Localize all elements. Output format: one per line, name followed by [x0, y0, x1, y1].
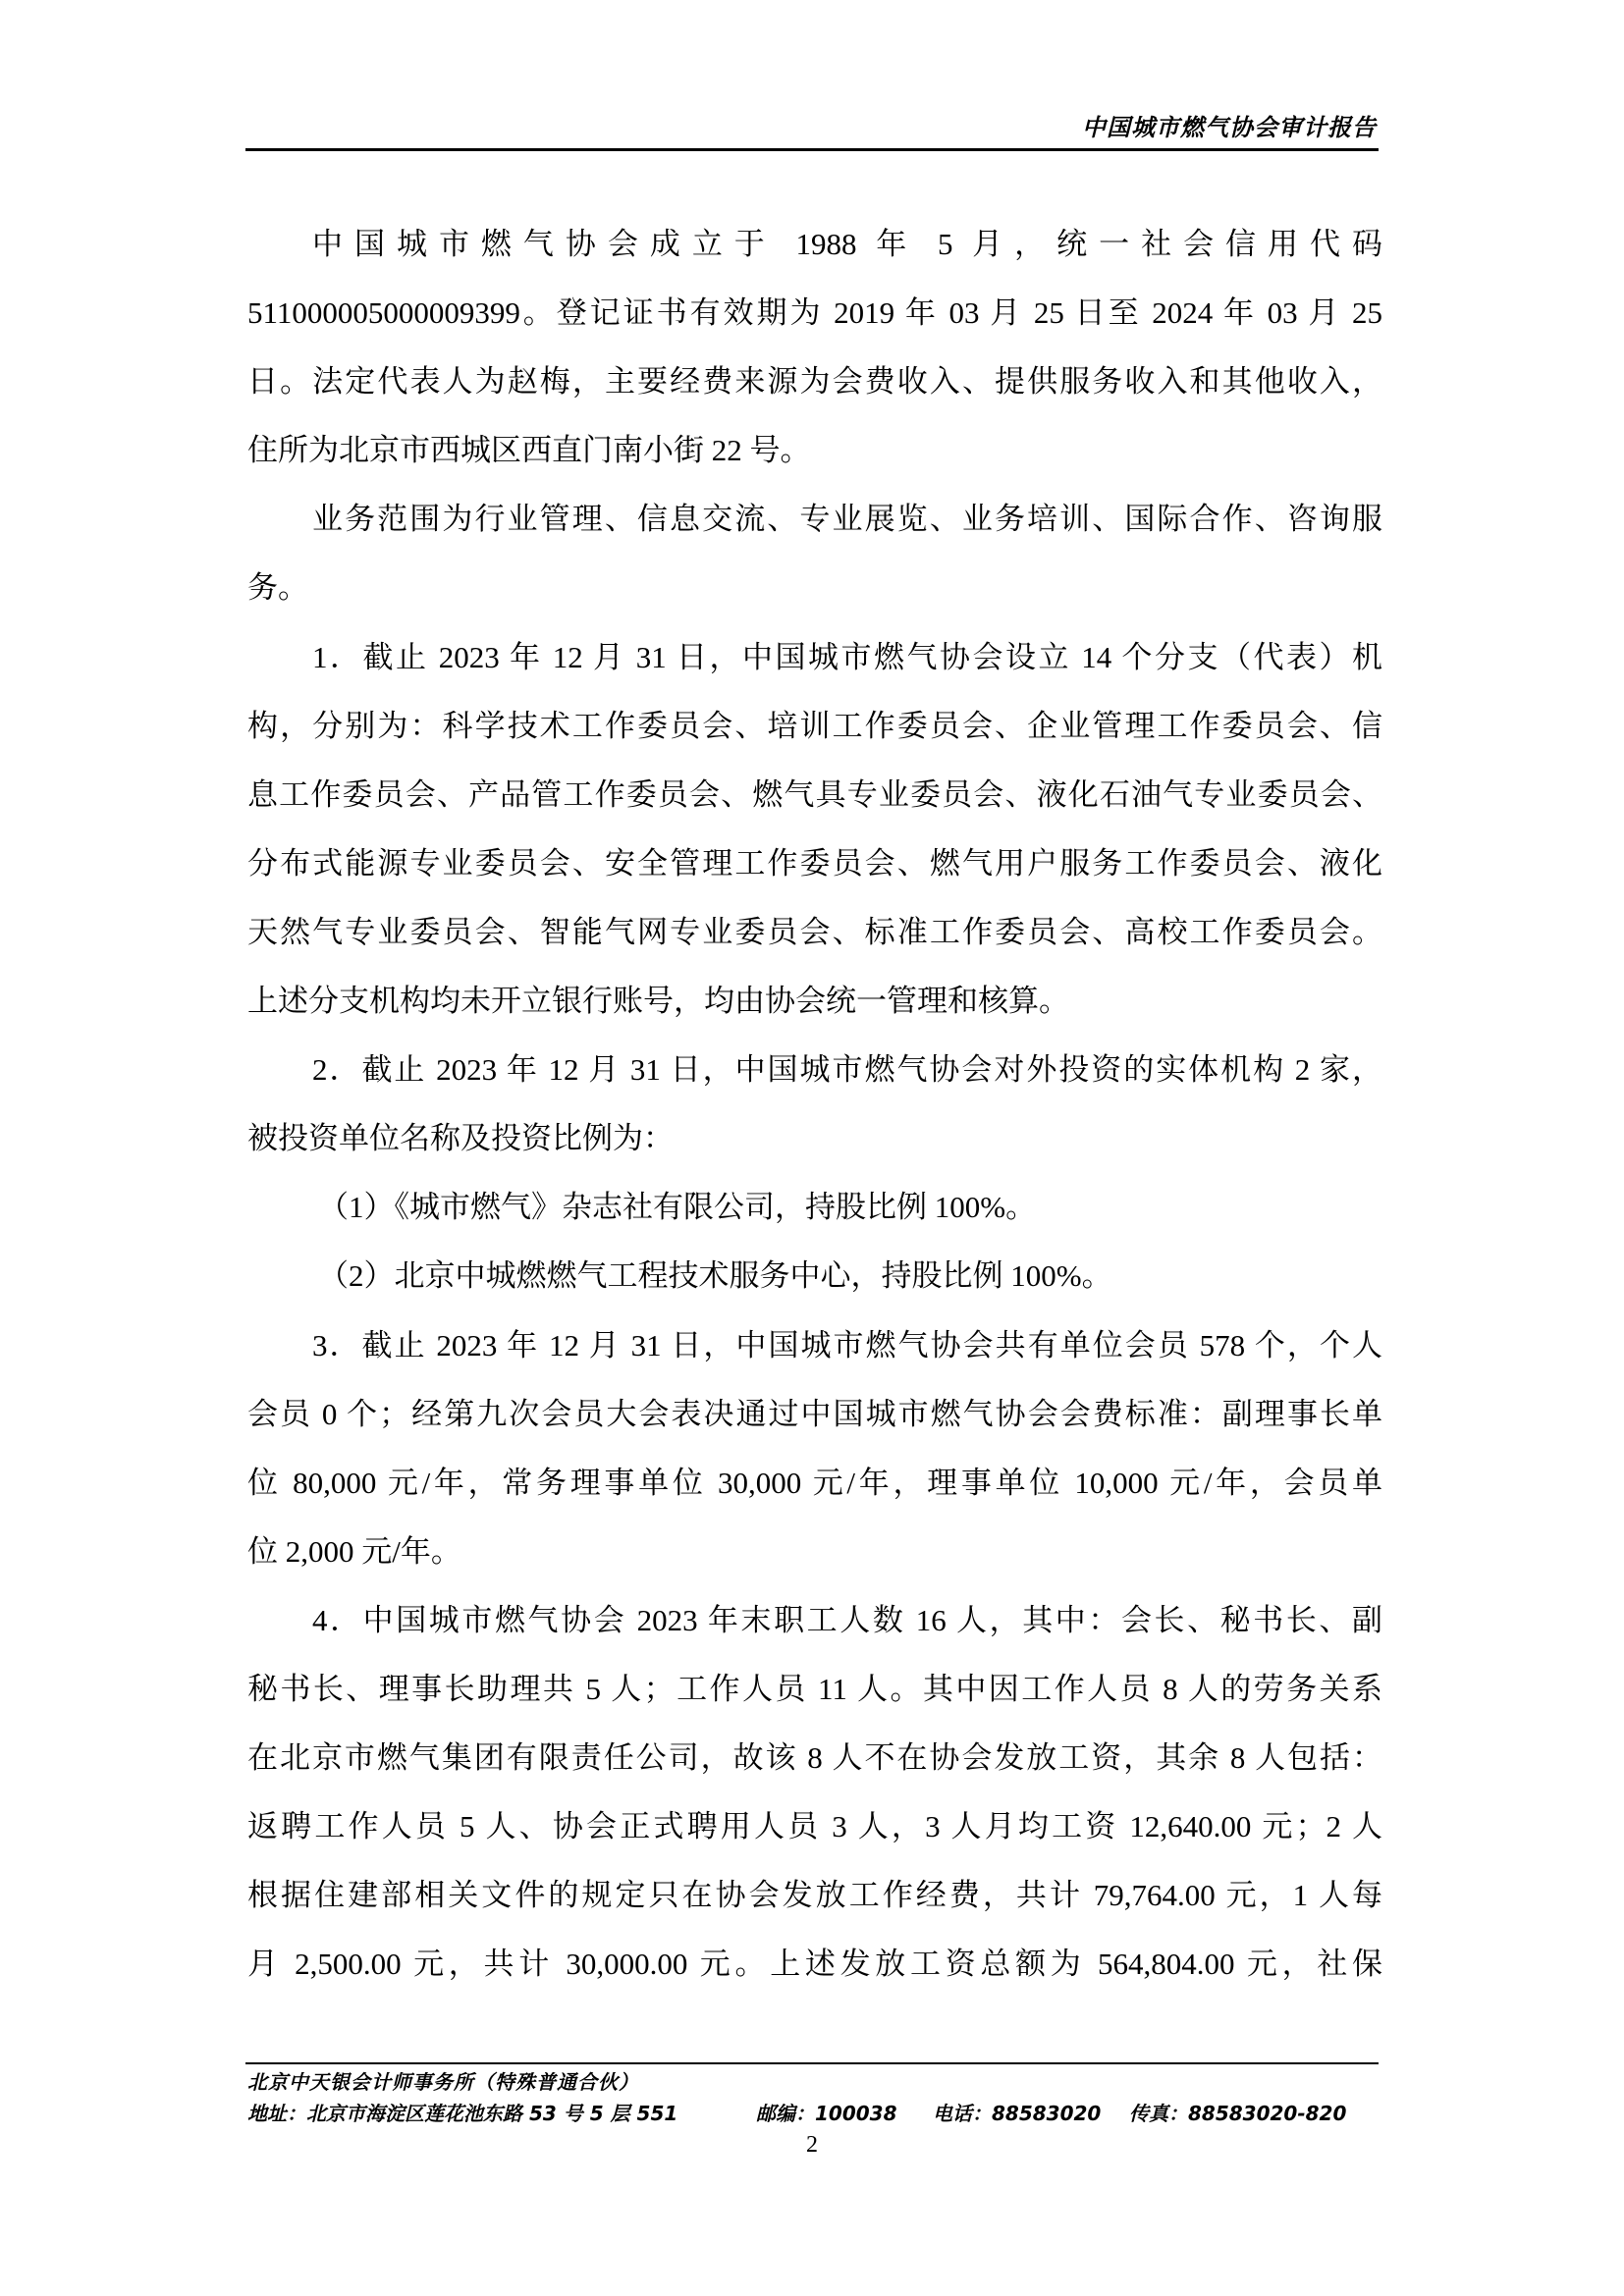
body-line: 511000005000009399。登记证书有效期为 2019 年 03 月 …: [247, 279, 1382, 347]
body-line: 2．截止 2023 年 12 月 31 日，中国城市燃气协会对外投资的实体机构 …: [247, 1036, 1382, 1104]
body-line: 中国城市燃气协会成立于 1988 年 5 月，统一社会信用代码: [247, 210, 1382, 279]
body-line: 位 80,000 元/年，常务理事单位 30,000 元/年，理事单位 10,0…: [247, 1449, 1382, 1518]
body-line: 业务范围为行业管理、信息交流、专业展览、业务培训、国际合作、咨询服: [247, 485, 1382, 554]
body-line: 4．中国城市燃气协会 2023 年末职工人数 16 人，其中：会长、秘书长、副: [247, 1586, 1382, 1655]
footer-phone: 电话：88583020: [933, 2101, 1101, 2126]
body-line: 秘书长、理事长助理共 5 人；工作人员 11 人。其中因工作人员 8 人的劳务关…: [247, 1655, 1382, 1724]
footer-fax: 传真：88583020-820: [1129, 2101, 1346, 2126]
body-line: 日。法定代表人为赵梅，主要经费来源为会费收入、提供服务收入和其他收入，: [247, 347, 1382, 416]
body-line: 1．截止 2023 年 12 月 31 日，中国城市燃气协会设立 14 个分支（…: [247, 623, 1382, 692]
footer-postcode: 邮编：100038: [756, 2101, 897, 2126]
body-line: 住所为北京市西城区西直门南小街 22 号。: [247, 416, 1382, 485]
body-line: 根据住建部相关文件的规定只在协会发放工作经费，共计 79,764.00 元，1 …: [247, 1861, 1382, 1930]
body-line: 分布式能源专业委员会、安全管理工作委员会、燃气用户服务工作委员会、液化: [247, 829, 1382, 898]
body-line: 天然气专业委员会、智能气网专业委员会、标准工作委员会、高校工作委员会。: [247, 898, 1382, 967]
page-number: 2: [0, 2130, 1624, 2160]
body-line: 被投资单位名称及投资比例为：: [247, 1104, 1382, 1173]
investee-item: （1）《城市燃气》杂志社有限公司，持股比例 100%。: [247, 1173, 1382, 1242]
body-line: 位 2,000 元/年。: [247, 1518, 1382, 1586]
body-line: 务。: [247, 554, 1382, 622]
footer-divider: [245, 2062, 1379, 2064]
body-line: 会员 0 个；经第九次会员大会表决通过中国城市燃气协会会费标准：副理事长单: [247, 1380, 1382, 1449]
body-line: 返聘工作人员 5 人、协会正式聘用人员 3 人，3 人月均工资 12,640.0…: [247, 1792, 1382, 1861]
body-line: 月 2,500.00 元，共计 30,000.00 元。上述发放工资总额为 56…: [247, 1930, 1382, 1999]
body-line: 息工作委员会、产品管工作委员会、燃气具专业委员会、液化石油气专业委员会、: [247, 761, 1382, 829]
body-line: 3．截止 2023 年 12 月 31 日，中国城市燃气协会共有单位会员 578…: [247, 1311, 1382, 1380]
body-line: 上述分支机构均未开立银行账号，均由协会统一管理和核算。: [247, 967, 1382, 1036]
investee-item: （2）北京中城燃燃气工程技术服务中心，持股比例 100%。: [247, 1242, 1382, 1310]
report-header-title: 中国城市燃气协会审计报告: [982, 112, 1377, 143]
header-divider: [245, 148, 1379, 151]
document-body: 中国城市燃气协会成立于 1988 年 5 月，统一社会信用代码 51100000…: [247, 210, 1382, 1999]
body-line: 构，分别为：科学技术工作委员会、培训工作委员会、企业管理工作委员会、信: [247, 692, 1382, 761]
footer-address: 地址：北京市海淀区莲花池东路 53 号 5 层 551: [247, 2101, 677, 2126]
body-line: 在北京市燃气集团有限责任公司，故该 8 人不在协会发放工资，其余 8 人包括：: [247, 1724, 1382, 1792]
footer-firm-name: 北京中天银会计师事务所（特殊普通合伙）: [247, 2069, 639, 2095]
